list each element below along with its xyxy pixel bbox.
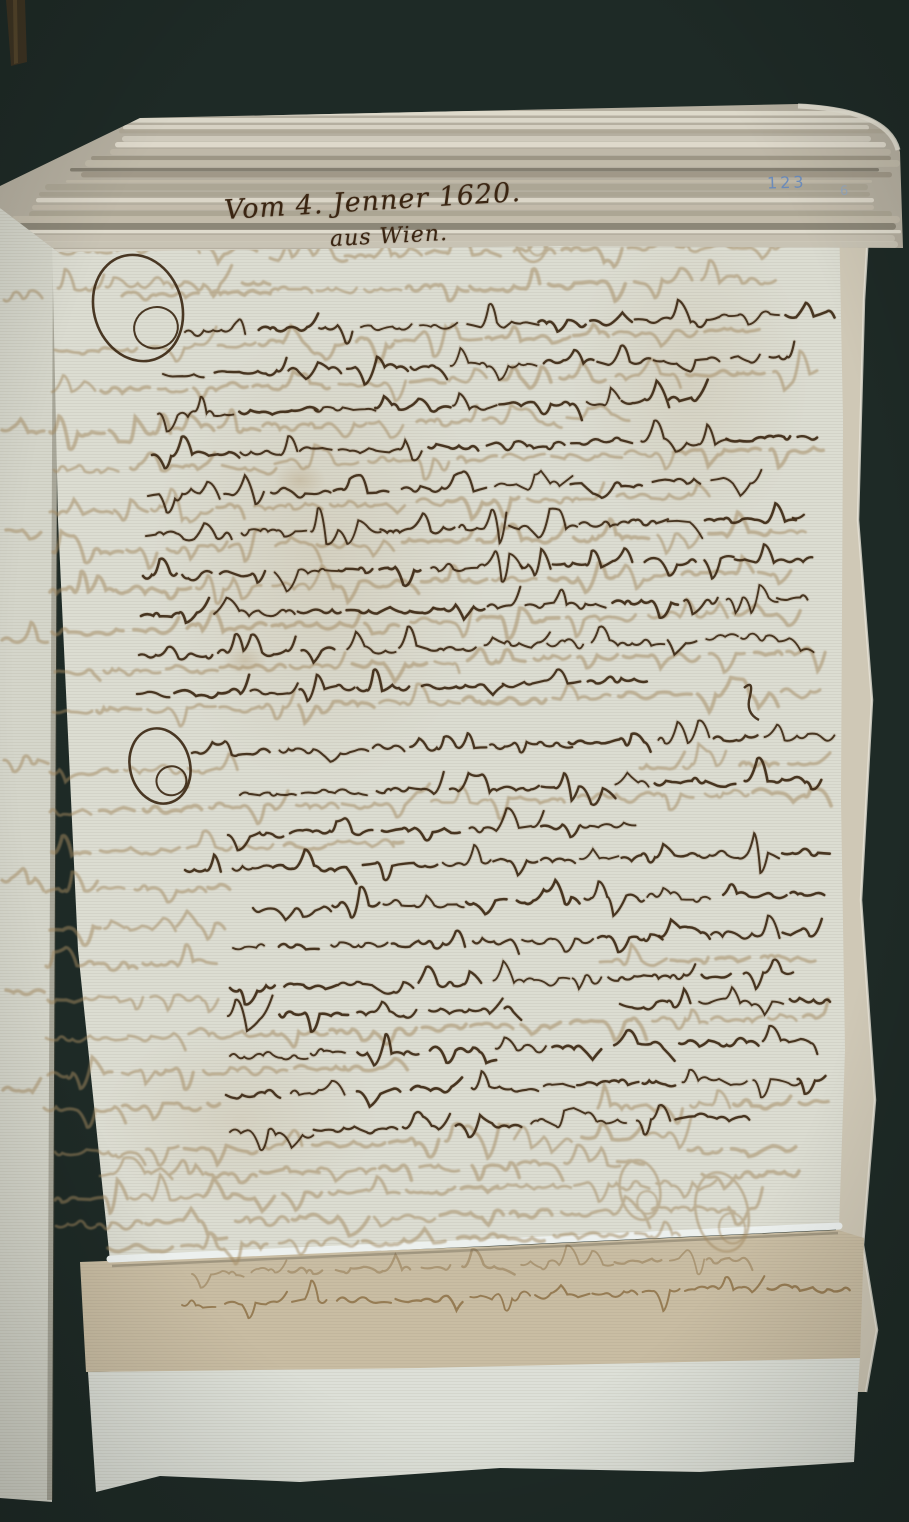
- manuscript-photo: Vom 4. Jenner 1620. aus Wien. 123 6: [0, 0, 909, 1522]
- vignette: [0, 0, 909, 1522]
- manuscript-scene: [0, 0, 909, 1522]
- folio-number: 123: [767, 172, 807, 192]
- adjacent-folio-number: 6: [839, 184, 848, 200]
